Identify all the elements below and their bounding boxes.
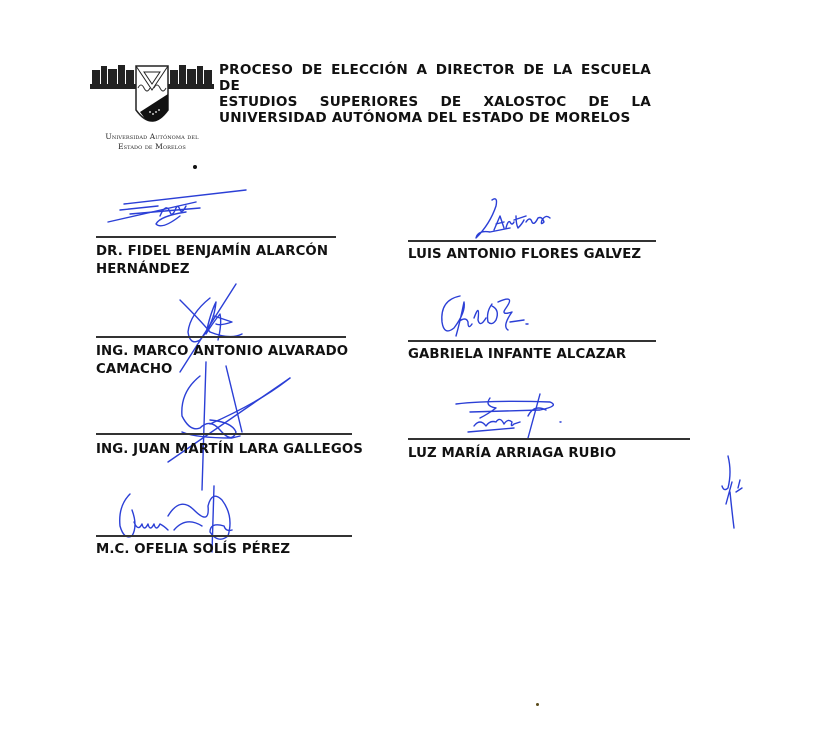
signature-line: [96, 336, 346, 338]
institution-name-line2: Estado de Morelos: [82, 142, 222, 152]
signature-line: [408, 438, 690, 440]
signatory-name: DR. FIDEL BENJAMÍN ALARCÓN HERNÁNDEZ: [96, 243, 328, 279]
title-line-2: ESTUDIOS SUPERIORES DE XALOSTOC DE LA: [219, 94, 651, 110]
signature-line: [408, 240, 656, 242]
signature-line: [96, 535, 352, 537]
institution-name-line1: Universidad Autónoma del: [82, 132, 222, 142]
title-line-3: UNIVERSIDAD AUTÓNOMA DEL ESTADO DE MOREL…: [219, 110, 651, 126]
signature-line: [408, 340, 656, 342]
handwritten-signature-icon: [470, 194, 580, 240]
handwritten-signature-icon: [100, 186, 260, 236]
signatory-name: LUIS ANTONIO FLORES GALVEZ: [408, 246, 641, 264]
signature-line: [96, 433, 352, 435]
title-line-1: PROCESO DE ELECCIÓN A DIRECTOR DE LA ESC…: [219, 62, 651, 94]
signatory-name: GABRIELA INFANTE ALCAZAR: [408, 346, 626, 364]
ink-speck: [536, 703, 539, 706]
signature-line: [96, 236, 336, 238]
ink-dot: [193, 165, 197, 169]
institution-name: Universidad Autónoma del Estado de Morel…: [82, 132, 222, 152]
handwritten-signature-icon: [450, 392, 570, 442]
university-crest-icon: [88, 60, 216, 140]
signatory-name: LUZ MARÍA ARRIAGA RUBIO: [408, 445, 616, 463]
signatory-name: ING. JUAN MARTÍN LARA GALLEGOS: [96, 441, 363, 459]
handwritten-signature-icon: [436, 292, 546, 342]
signatory-name: M.C. OFELIA SOLÍS PÉREZ: [96, 541, 290, 559]
handwritten-initials-icon: [718, 452, 758, 532]
handwritten-signature-icon: [140, 362, 300, 492]
document-title: PROCESO DE ELECCIÓN A DIRECTOR DE LA ESC…: [219, 62, 651, 126]
